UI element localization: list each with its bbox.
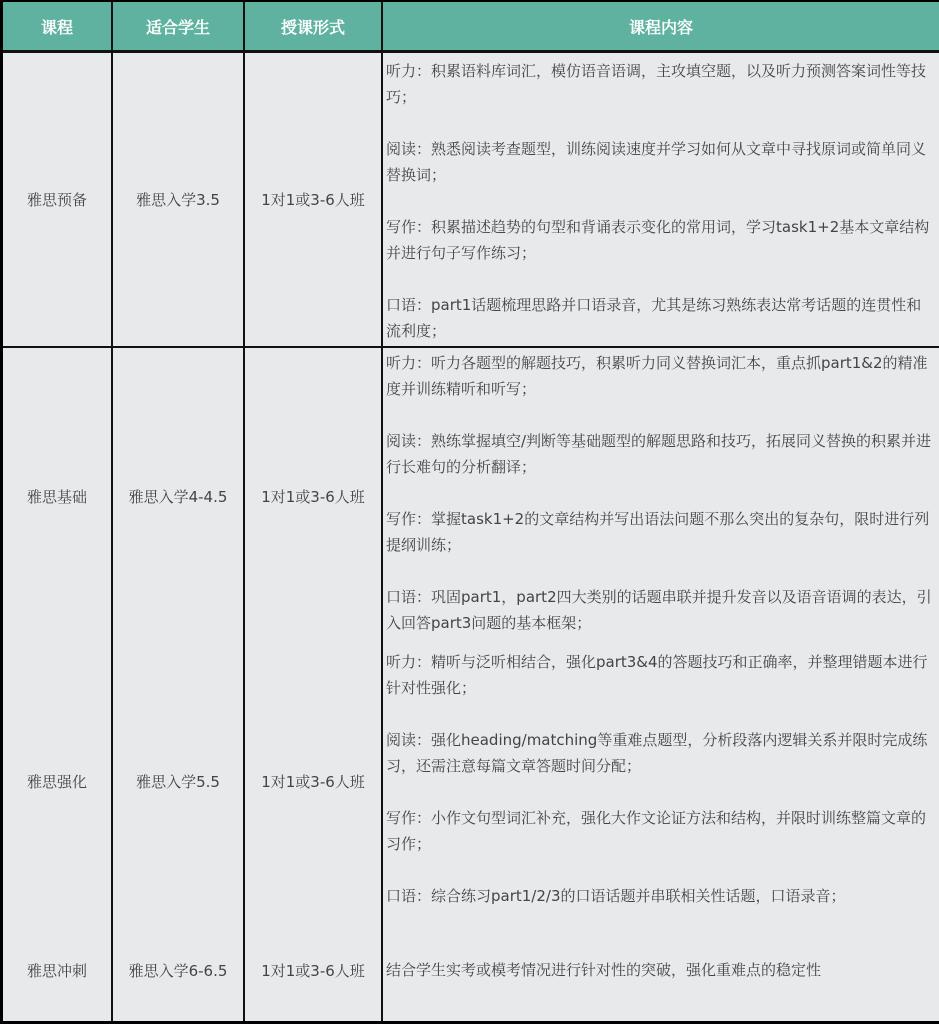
header-format: 授课形式 — [245, 2, 381, 50]
content-reading: 阅读：熟悉阅读考查题型，训练阅读速度并学习如何从文章中寻找原词或简单同义替换词； — [386, 136, 936, 188]
content-reading: 阅读：强化heading/matching等重难点题型，分析段落内逻辑关系并限时… — [386, 727, 936, 779]
content-listening: 听力：积累语料库词汇，模仿语音语调，主攻填空题，以及听力预测答案词性等技巧； — [386, 58, 936, 110]
content-writing: 写作：积累描述趋势的句型和背诵表示变化的常用词，学习task1+2基本文章结构并… — [386, 214, 936, 266]
class-format: 1对1或3-6人班 — [245, 646, 381, 916]
table-header: 课程 适合学生 授课形式 课程内容 — [3, 2, 939, 53]
content-listening: 听力：听力各题型的解题技巧，积累听力同义替换词汇本，重点抓part1&2的精准度… — [386, 350, 936, 402]
suitable-student: 雅思入学6-6.5 — [113, 942, 243, 998]
content-speaking: 口语：part1话题梳理思路并口语录音，尤其是练习熟练表达常考话题的连贯性和流利… — [386, 292, 936, 344]
course-content: 听力：积累语料库词汇，模仿语音语调，主攻填空题，以及听力预测答案词性等技巧； 阅… — [386, 58, 936, 344]
course-name: 雅思强化 — [3, 646, 111, 916]
content-reading: 阅读：熟练掌握填空/判断等基础题型的解题思路和技巧，拓展同义替换的积累并进行长难… — [386, 428, 936, 480]
content-speaking: 口语：巩固part1，part2四大类别的话题串联并提升发音以及语音语调的表达，… — [386, 584, 936, 636]
header-student: 适合学生 — [113, 2, 243, 50]
course-name: 雅思预备 — [3, 53, 111, 346]
content-listening: 听力：精听与泛听相结合，强化part3&4的答题技巧和正确率，并整理错题本进行针… — [386, 649, 936, 701]
suitable-student: 雅思入学4-4.5 — [113, 348, 243, 644]
column-divider — [381, 2, 383, 1021]
content-writing: 写作：掌握task1+2的文章结构并写出语法问题不那么突出的复杂句，限时进行列提… — [386, 506, 936, 558]
content-summary: 结合学生实考或模考情况进行针对性的突破，强化重难点的稳定性 — [386, 957, 936, 983]
course-content: 听力：听力各题型的解题技巧，积累听力同义替换词汇本，重点抓part1&2的精准度… — [386, 350, 936, 636]
course-content: 结合学生实考或模考情况进行针对性的突破，强化重难点的稳定性 — [386, 957, 936, 983]
course-content: 听力：精听与泛听相结合，强化part3&4的答题技巧和正确率，并整理错题本进行针… — [386, 649, 936, 909]
course-name: 雅思基础 — [3, 348, 111, 644]
content-speaking: 口语：综合练习part1/2/3的口语话题并串联相关性话题，口语录音； — [386, 883, 936, 909]
suitable-student: 雅思入学3.5 — [113, 53, 243, 346]
course-name: 雅思冲刺 — [3, 942, 111, 998]
class-format: 1对1或3-6人班 — [245, 53, 381, 346]
header-content: 课程内容 — [383, 2, 939, 50]
header-course: 课程 — [3, 2, 111, 50]
class-format: 1对1或3-6人班 — [245, 942, 381, 998]
class-format: 1对1或3-6人班 — [245, 348, 381, 644]
content-writing: 写作：小作文句型词汇补充，强化大作文论证方法和结构，并限时训练整篇文章的习作； — [386, 805, 936, 857]
course-table: 课程 适合学生 授课形式 课程内容 雅思预备 雅思入学3.5 1对1或3-6人班… — [3, 2, 939, 1021]
suitable-student: 雅思入学5.5 — [113, 646, 243, 916]
